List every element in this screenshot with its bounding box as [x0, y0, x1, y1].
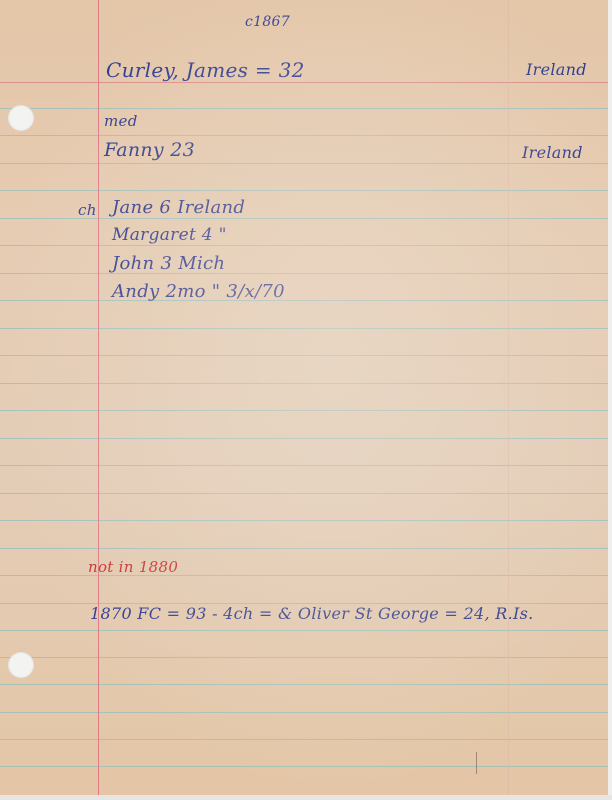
- punch-hole: [8, 105, 34, 131]
- ruled-line: [0, 520, 608, 521]
- pencil-mark: [476, 752, 477, 774]
- ruled-line: [0, 739, 608, 740]
- notebook-page: c1867 Curley, James = 32 Ireland med Fan…: [0, 0, 608, 795]
- ruled-line: [0, 465, 608, 466]
- ruled-line: [0, 135, 608, 136]
- ruled-line: [0, 657, 608, 658]
- child-entry: Jane 6 Ireland: [112, 197, 245, 218]
- ruled-line: [0, 410, 608, 411]
- scan-edge: [608, 0, 612, 800]
- date-header: c1867: [245, 14, 290, 30]
- ruled-line: [0, 190, 608, 191]
- ruled-line: [0, 300, 608, 301]
- child-entry: John 3 Mich: [112, 253, 225, 274]
- ruled-line: [0, 493, 608, 494]
- ruled-line: [0, 273, 608, 274]
- ruled-line: [0, 766, 608, 767]
- census-note: 1870 FC = 93 - 4ch = & Oliver St George …: [90, 604, 534, 623]
- red-annotation: not in 1880: [88, 558, 178, 576]
- head-of-household-name: Curley, James = 32: [106, 58, 305, 82]
- ruled-line: [0, 383, 608, 384]
- ruled-line: [0, 163, 608, 164]
- red-margin-line: [98, 0, 99, 795]
- punch-hole: [8, 652, 34, 678]
- spouse-label: med: [104, 112, 138, 130]
- top-red-rule: [0, 82, 608, 83]
- scan-bottom-edge: [0, 795, 612, 800]
- spouse-name: Fanny 23: [104, 139, 195, 161]
- spouse-birthplace: Ireland: [522, 143, 583, 162]
- ruled-line: [0, 548, 608, 549]
- ruled-line: [0, 355, 608, 356]
- ruled-line: [0, 328, 608, 329]
- head-of-household-birthplace: Ireland: [526, 60, 587, 79]
- ruled-line: [0, 684, 608, 685]
- ruled-line: [0, 245, 608, 246]
- child-entry: Andy 2mo " 3/x/70: [112, 281, 285, 302]
- ruled-line: [0, 630, 608, 631]
- ruled-line: [0, 108, 608, 109]
- right-margin-line: [508, 0, 509, 795]
- ruled-line: [0, 712, 608, 713]
- ruled-line: [0, 438, 608, 439]
- children-label: ch: [78, 201, 97, 219]
- child-entry: Margaret 4 ": [112, 225, 227, 245]
